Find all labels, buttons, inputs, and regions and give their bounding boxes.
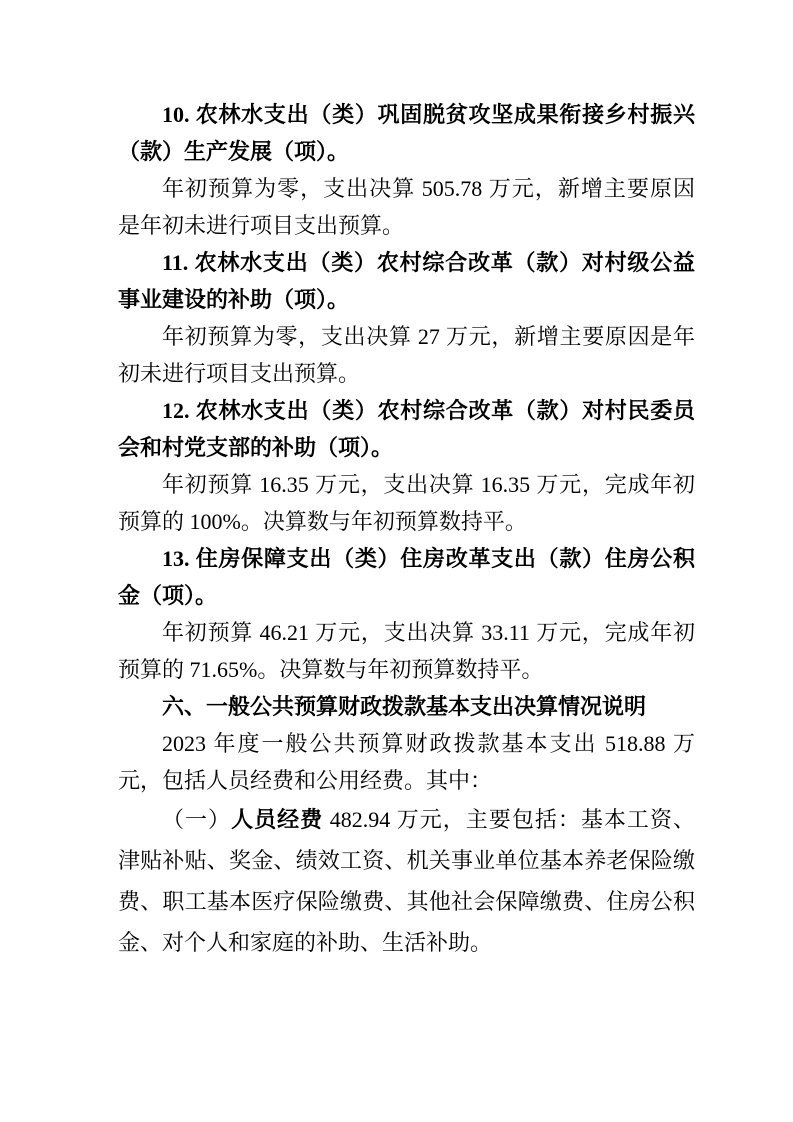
document-viewport: { "page": { "background_color": "#ffffff…	[0, 0, 793, 1122]
paragraph-item-11-detail: 年初预算为零，支出决算 27 万元，新增主要原因是年初未进行项目支出预算。	[118, 318, 695, 392]
paragraph-basic-expenditure-total: 2023 年度一般公共预算财政拨款基本支出 518.88 万元，包括人员经费和公…	[118, 725, 695, 799]
paragraph-item-13-detail: 年初预算 46.21 万元，支出决算 33.11 万元，完成年初预算的 71.6…	[118, 614, 695, 688]
paragraph-item-10-detail: 年初预算为零，支出决算 505.78 万元，新增主要原因是年初未进行项目支出预算…	[118, 170, 695, 244]
heading-expenditure-item-11: 11. 农林水支出（类）农村综合改革（款）对村级公益事业建设的补助（项）。	[118, 244, 695, 318]
budget-report-page: 10. 农林水支出（类）巩固脱贫攻坚成果衔接乡村振兴（款）生产发展（项）。 年初…	[0, 0, 793, 1122]
heading-section-six-basic-expenditure: 六、一般公共预算财政拨款基本支出决算情况说明	[118, 688, 695, 725]
personnel-expense-term: 人员经费	[231, 807, 323, 832]
heading-expenditure-item-13: 13. 住房保障支出（类）住房改革支出（款）住房公积金（项）。	[118, 540, 695, 614]
heading-expenditure-item-12: 12. 农林水支出（类）农村综合改革（款）对村民委员会和村党支部的补助（项）。	[118, 392, 695, 466]
personnel-expense-prefix: （一）	[162, 807, 231, 832]
paragraph-personnel-expense: （一）人员经费 482.94 万元，主要包括：基本工资、津贴补贴、奖金、绩效工资…	[118, 799, 695, 963]
heading-expenditure-item-10: 10. 农林水支出（类）巩固脱贫攻坚成果衔接乡村振兴（款）生产发展（项）。	[118, 96, 695, 170]
paragraph-item-12-detail: 年初预算 16.35 万元，支出决算 16.35 万元，完成年初预算的 100%…	[118, 466, 695, 540]
